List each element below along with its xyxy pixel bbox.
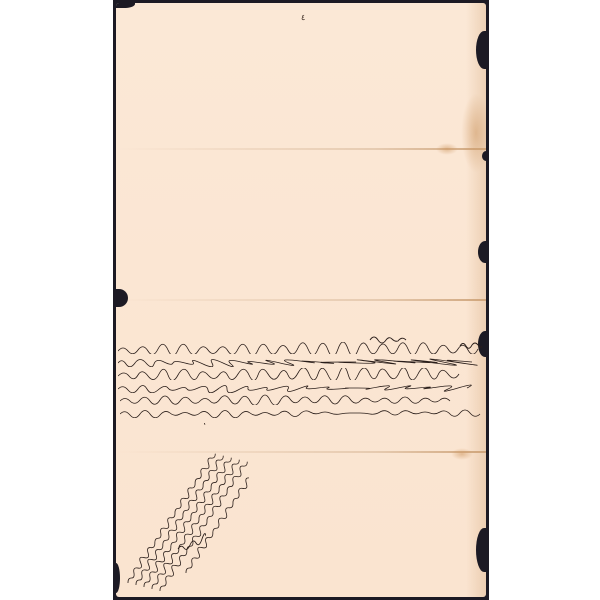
fold-line (116, 299, 486, 301)
body-line: [illegible Ottoman script line 5, includ… (120, 393, 452, 405)
edge-damage (116, 289, 128, 307)
edge-damage (116, 563, 120, 593)
edge-damage (476, 31, 486, 69)
page-number-mark: ٤ (301, 13, 305, 22)
body-line: [illegible Ottoman script line 2] (118, 355, 484, 367)
edge-damage (478, 241, 486, 263)
edge-damage (482, 151, 486, 161)
body-line: [illegible Ottoman script line 3] (118, 368, 484, 380)
edge-damage (476, 528, 486, 572)
edge-damage (116, 3, 135, 8)
signature-mark: [illegible signature / seal mark] (176, 533, 206, 553)
body-line: [illegible Ottoman script line 6] (120, 406, 482, 418)
body-line: [illegible Ottoman script line 1] (118, 342, 484, 354)
marginal-annotation: [illegible diagonal Ottoman script margi… (126, 423, 306, 593)
fold-line (116, 148, 486, 150)
age-stain (436, 143, 458, 155)
document-page: ٤ [illegible Ottoman script heading] [il… (116, 3, 486, 597)
body-line: [illegible Ottoman script line 4] (118, 381, 484, 393)
edge-discoloration (466, 3, 486, 597)
